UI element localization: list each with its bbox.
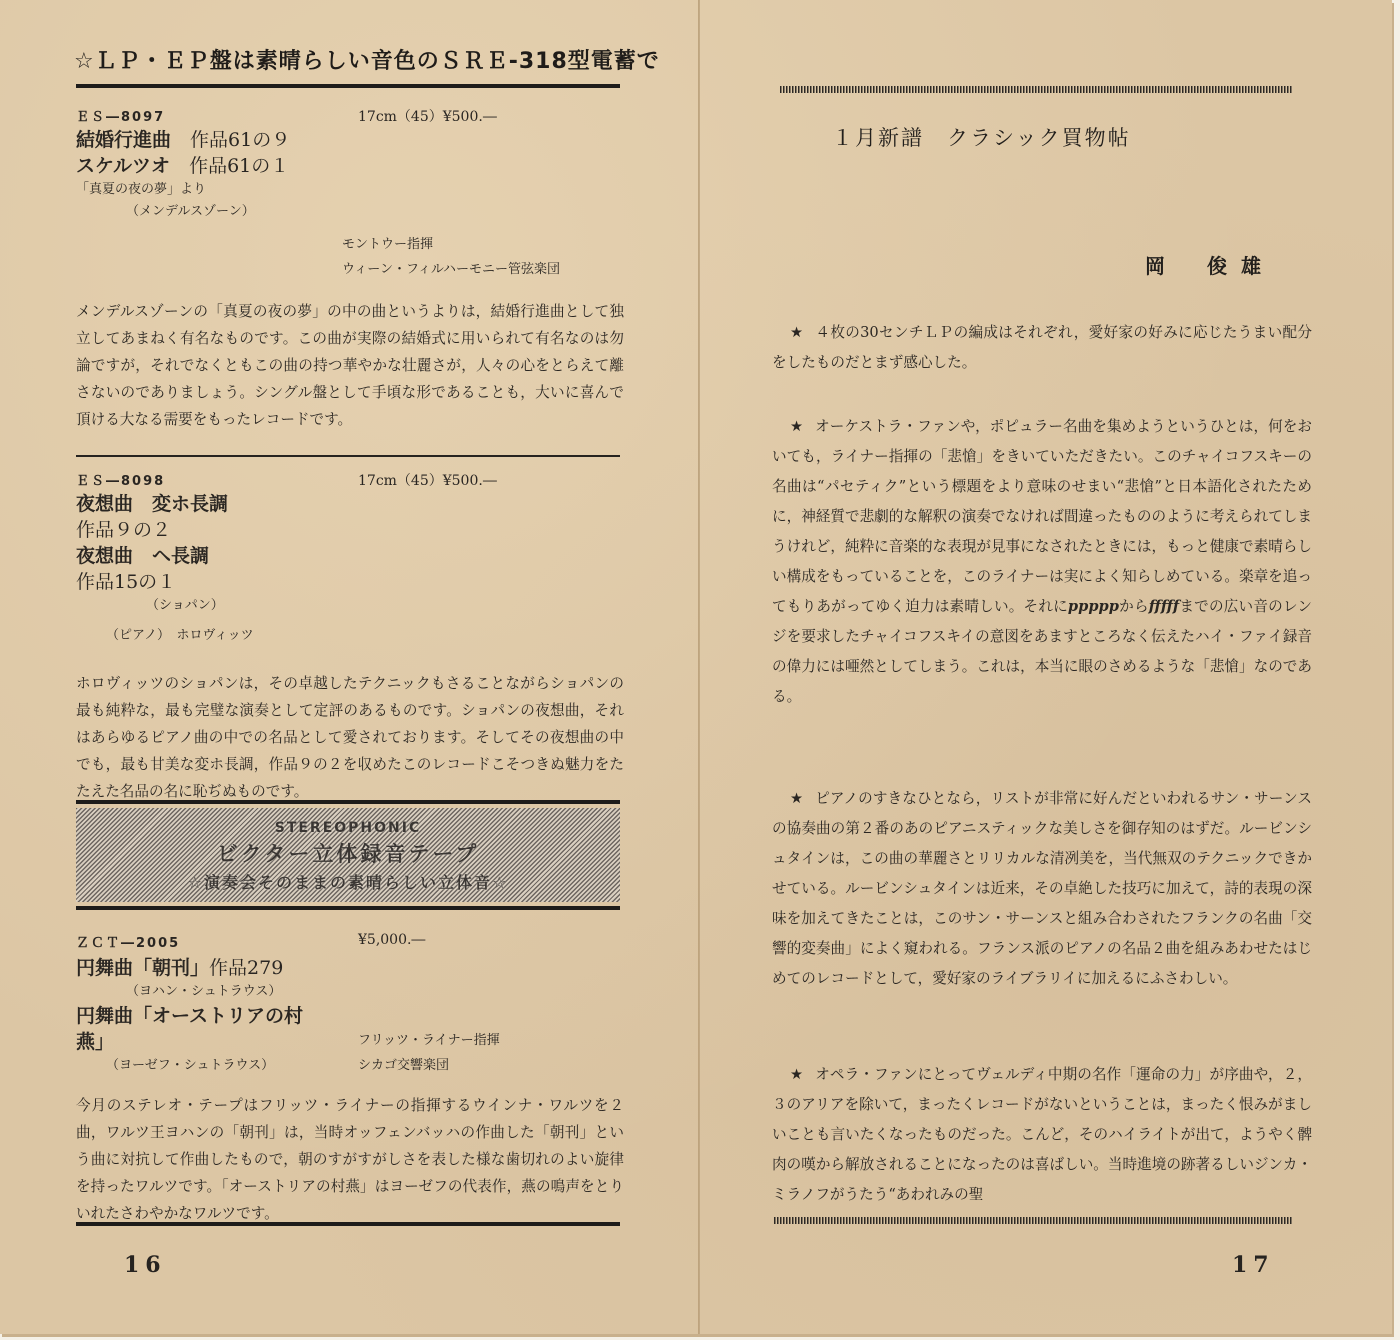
record-title: スケルツオ 作品61の１ <box>76 153 626 179</box>
star-icon: ★ <box>790 324 803 341</box>
author-char: 雄 <box>1241 250 1261 279</box>
star-icon: ★ <box>790 790 803 807</box>
article-title: １月新譜 クラシック買物帖 <box>832 122 1131 152</box>
catalog-code: ＺＣＴ―2005 <box>76 932 626 951</box>
composer: （メンデルスゾーン） <box>76 201 626 223</box>
opus-text: 作品９の２ <box>76 517 626 543</box>
opus-text: 作品61の１ <box>189 155 289 177</box>
stereo-title: ビクター立体録音テープ <box>76 838 620 868</box>
conductor: モントウー指揮 <box>342 232 560 257</box>
record-description: 今月のステレオ・テープはフリッツ・ライナーの指揮するウインナ・ワルツを２曲，ワル… <box>76 1092 624 1227</box>
page-number: 16 <box>124 1252 167 1278</box>
price: 17cm（45）¥500.― <box>358 106 497 126</box>
performer-credits: モントウー指揮 ウィーン・フィルハーモニー管弦楽団 <box>342 232 560 282</box>
page-banner: ☆ＬＰ・ＥＰ盤は素晴らしい音色のＳＲＥ-318型電蓄で <box>74 44 634 75</box>
record-title: 夜想曲 変ホ長調 <box>76 491 626 517</box>
star-icon: ★ <box>790 1066 803 1083</box>
author-char: 岡 <box>1145 250 1165 279</box>
section-divider <box>76 906 620 910</box>
review-paragraph: ★オーケストラ・ファンや，ポピュラー名曲を集めようというひとは，何をおいても，ラ… <box>772 412 1312 712</box>
catalog-code: ＥＳ―8098 <box>76 470 626 489</box>
title-text: 円舞曲「朝刊」 <box>76 957 209 979</box>
performer-credits: フリッツ・ライナー指揮 シカゴ交響楽団 <box>358 1028 500 1078</box>
bottom-rule <box>76 1222 620 1226</box>
review-paragraph: ★オペラ・ファンにとってヴェルディ中期の名作「運命の力」が序曲や，２，３のアリア… <box>772 1060 1312 1210</box>
left-page: ☆ＬＰ・ＥＰ盤は素晴らしい音色のＳＲＥ-318型電蓄で ＥＳ―8097 17cm… <box>0 0 698 1334</box>
opus-text: 作品15の１ <box>76 569 626 595</box>
record-description: メンデルスゾーンの「真夏の夜の夢」の中の曲というよりは，結婚行進曲として独立して… <box>76 298 624 433</box>
price: ¥5,000.― <box>358 932 425 948</box>
record-title: 円舞曲「朝刊」作品279 <box>76 955 626 981</box>
dynamic-marking: ppppp <box>1068 598 1119 615</box>
opus-text: 作品279 <box>209 957 283 979</box>
paragraph-text: オペラ・ファンにとってヴェルディ中期の名作「運命の力」が序曲や，２，３のアリアを… <box>772 1066 1312 1203</box>
right-page: １月新譜 クラシック買物帖 岡俊雄 ★４枚の30センチＬＰの編成はそれぞれ，愛好… <box>700 0 1392 1334</box>
bottom-dotted-rule <box>774 1217 1292 1224</box>
title-text: 結婚行進曲 <box>76 129 171 151</box>
stereo-subtitle: ☆演奏会そのままの素晴らしい立体音☆ <box>76 870 620 893</box>
author-char: 俊 <box>1207 250 1227 279</box>
banner-rule <box>76 84 620 88</box>
catalog-code: ＥＳ―8097 <box>76 106 626 125</box>
record-title-continued: 燕」 <box>76 1029 626 1055</box>
record-description: ホロヴィッツのショパンは，その卓越したテクニックもさることながらショパンの最も純… <box>76 670 624 805</box>
record-entry-es-8097: ＥＳ―8097 17cm（45）¥500.― 結婚行進曲 作品61の９ スケルツ… <box>76 106 626 223</box>
composer: （ヨーゼフ・シュトラウス） <box>76 1055 626 1077</box>
record-title: 夜想曲 ヘ長調 <box>76 543 626 569</box>
booklet-spread: ☆ＬＰ・ＥＰ盤は素晴らしい音色のＳＲＥ-318型電蓄で ＥＳ―8097 17cm… <box>0 0 1392 1334</box>
review-paragraph: ★４枚の30センチＬＰの編成はそれぞれ，愛好家の好みに応じたうまい配分をしたもの… <box>772 318 1312 378</box>
paragraph-text: ４枚の30センチＬＰの編成はそれぞれ，愛好家の好みに応じたうまい配分をしたものだ… <box>772 324 1312 371</box>
orchestra: シカゴ交響楽団 <box>358 1053 500 1078</box>
record-title: 円舞曲「オーストリアの村 <box>76 1003 626 1029</box>
author-name: 岡俊雄 <box>1145 250 1261 279</box>
conductor: フリッツ・ライナー指揮 <box>358 1028 500 1053</box>
orchestra: ウィーン・フィルハーモニー管弦楽団 <box>342 257 560 282</box>
paragraph-text: オーケストラ・ファンや，ポピュラー名曲を集めようというひとは，何をおいても，ライ… <box>772 418 1312 615</box>
composer: （ヨハン・シュトラウス） <box>76 981 626 1003</box>
review-paragraph: ★ピアノのすきなひとなら，リストが非常に好んだといわれるサン・サーンスの協奏曲の… <box>772 784 1312 994</box>
performer: （ピアノ） ホロヴィッツ <box>76 625 626 647</box>
stereo-tape-banner: STEREOPHONIC ビクター立体録音テープ ☆演奏会そのままの素晴らしい立… <box>76 808 620 902</box>
record-entry-es-8098: ＥＳ―8098 17cm（45）¥500.― 夜想曲 変ホ長調 作品９の２ 夜想… <box>76 470 626 647</box>
title-text: スケルツオ <box>76 155 170 177</box>
star-icon: ★ <box>790 418 803 435</box>
opus-text: 作品61の９ <box>190 129 290 151</box>
record-title: 結婚行進曲 作品61の９ <box>76 127 626 153</box>
source-work: 「真夏の夜の夢」より <box>76 179 626 201</box>
top-dotted-rule <box>780 86 1292 93</box>
paragraph-text: から <box>1119 598 1149 615</box>
section-divider <box>76 800 620 804</box>
section-divider <box>76 455 620 457</box>
paragraph-text: ピアノのすきなひとなら，リストが非常に好んだといわれるサン・サーンスの協奏曲の第… <box>772 790 1312 987</box>
tape-entry-zct-2005: ＺＣＴ―2005 ¥5,000.― 円舞曲「朝刊」作品279 （ヨハン・シュトラ… <box>76 932 626 1077</box>
composer: （ショパン） <box>76 595 626 617</box>
page-number: 17 <box>1232 1252 1275 1278</box>
price: 17cm（45）¥500.― <box>358 470 497 490</box>
dynamic-marking: fffff <box>1149 598 1179 615</box>
stereo-english-label: STEREOPHONIC <box>76 808 620 836</box>
